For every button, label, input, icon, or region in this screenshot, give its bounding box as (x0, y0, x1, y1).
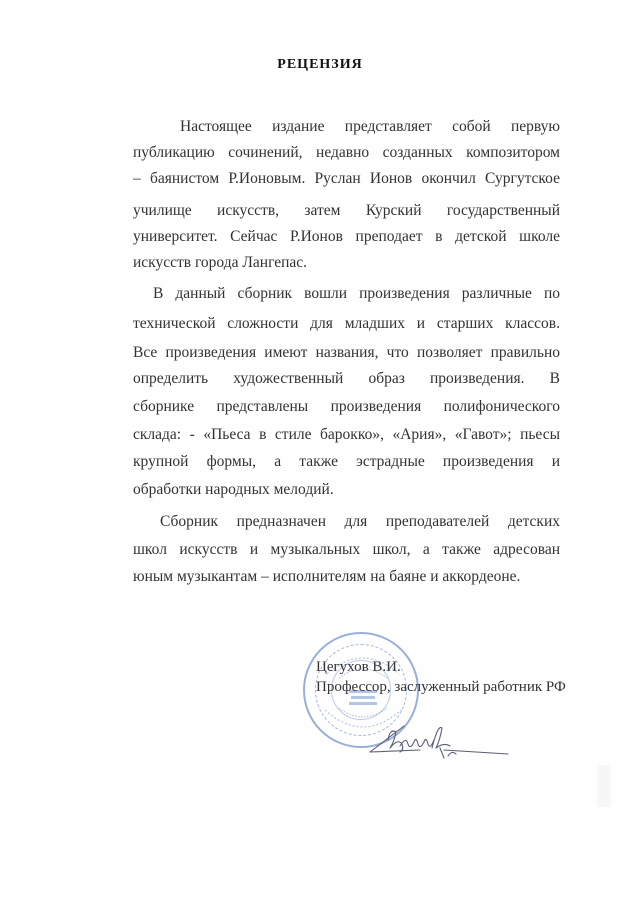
signer-name: Цегухов В.И. (316, 659, 401, 676)
scan-edge-artifact (597, 765, 611, 807)
paragraph-2-line-4: определить художественный образ произвед… (133, 370, 560, 388)
paragraph-2-line-7: крупной формы, а также эстрадные произве… (133, 453, 560, 471)
paragraph-2-line-6: склада: - «Пьеса в стиле барокко», «Ария… (133, 426, 560, 444)
paragraph-2-line-1: В данный сборник вошли произведения разл… (153, 285, 560, 303)
document-page: РЕЦЕНЗИЯ Настоящее издание представляет … (0, 0, 640, 905)
paragraph-3-line-3: юным музыкантам – исполнителям на баяне … (133, 568, 560, 586)
paragraph-2-line-3: Все произведения имеют названия, что поз… (133, 344, 560, 362)
paragraph-1-line-5: университет. Сейчас Р.Ионов преподает в … (133, 228, 560, 246)
handwritten-signature-icon (360, 718, 510, 778)
paragraph-2-line-2: технической сложности для младших и стар… (133, 315, 560, 333)
paragraph-3-line-2: школ искусств и музыкальных школ, а такж… (133, 541, 560, 559)
paragraph-2-line-8: обработки народных мелодий. (133, 481, 560, 499)
paragraph-2-line-5: сборнике представлены произведения полиф… (133, 398, 560, 416)
paragraph-1-line-4: училище искусств, затем Курский государс… (133, 202, 560, 220)
document-title: РЕЦЕНЗИЯ (0, 57, 640, 73)
paragraph-1-line-1: Настоящее издание представляет собой пер… (180, 118, 560, 136)
paragraph-1-line-2: публикацию сочинений, недавно созданных … (133, 144, 560, 162)
paragraph-1-line-3: – баянистом Р.Ионовым. Руслан Ионов окон… (133, 170, 560, 188)
signer-position: Профессор, заслуженный работник РФ (316, 679, 566, 696)
paragraph-3-line-1: Сборник предназначен для преподавателей … (160, 513, 560, 531)
paragraph-1-line-6: искусств города Лангепас. (133, 254, 560, 272)
